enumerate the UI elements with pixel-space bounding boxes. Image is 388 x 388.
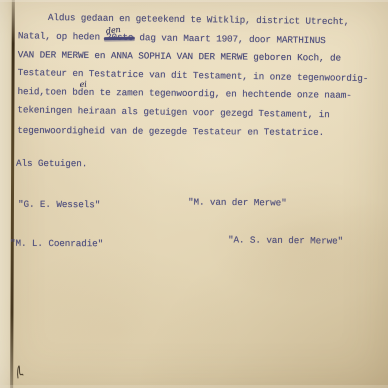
signature-m-van-der-merwe: "M. van der Merwe" [188,197,287,209]
document-photo: Aldus gedaan en geteekend te Witklip, di… [0,0,388,388]
handwritten-insertion-den: den [105,20,122,40]
photo-top-edge [0,0,388,2]
typed-text-segment: Testateur en Testatrice van dit Testamen… [18,67,369,84]
typed-text-segment: Natal, op heden [18,30,100,42]
margin-pen-mark [15,364,27,380]
witnesses-heading: Als Getuigen. [16,158,87,169]
typed-text-segment: VAN DER MERWE en ANNA SOPHIA VAN DER MER… [18,49,341,63]
typed-text-segment: dag van Maart 1907, door MARTHINUS [139,32,325,46]
signature-a-s-van-der-merwe: "A. S. van der Merwe" [228,234,343,246]
signature-m-l-coenradie: "M. L. Coenradie" [10,238,103,249]
typed-text-segment: tekeningen heiraan als getuigen voor gez… [17,104,329,120]
typed-line-7: tegenwoordigheid van de gezegde Testateu… [17,121,379,142]
typed-text-segment: Aldus gedaan en geteekend te Witklip, di… [48,12,349,27]
signature-g-e-wessels: "G. E. Wessels" [18,199,100,211]
typed-paragraph: Aldus gedaan en geteekend te Witklip, di… [17,10,380,142]
typed-text-segment: tegenwoordigheid van de gezegde Testateu… [17,124,324,137]
page-binding-line [10,0,15,388]
typed-text-segment: den te zamen tegenwoordig, en hechtende … [78,87,352,101]
handwritten-insertion-ei: ei [79,76,87,95]
typed-text-segment: heid,toen b [17,86,77,98]
